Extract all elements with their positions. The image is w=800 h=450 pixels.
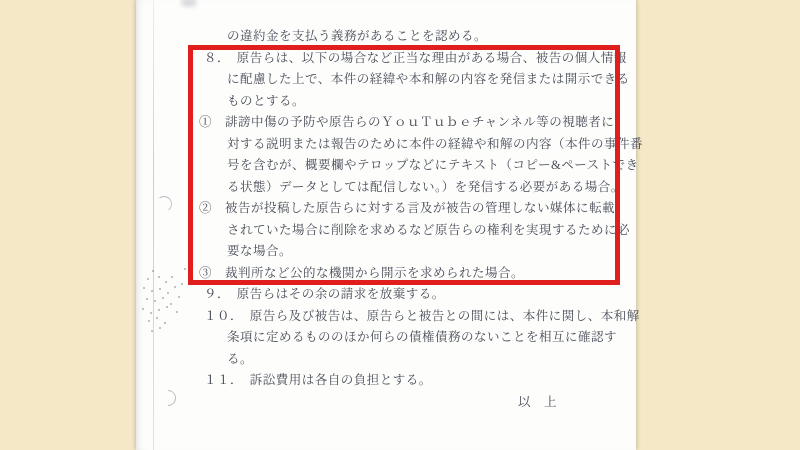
document-line: の違約金を支払う義務があることを認める。 [136, 26, 636, 48]
scanned-document-paper: の違約金を支払う義務があることを認める。 ８． 原告らは、以下の場合など正当な理… [136, 0, 636, 450]
document-line: されていた場合に削除を求めるなど原告らの権利を実現するために必 [136, 220, 636, 242]
document-line-item-1: ① 誹謗中傷の予防や原告らのＹｏｕＴｕｂｅチャンネル等の視聴者に [136, 112, 636, 134]
document-line-clause-8: ８． 原告らは、以下の場合など正当な理由がある場合、被告の個人情報 [136, 48, 636, 70]
document-line-item-2: ② 被告が投稿した原告らに対する言及が被告の管理しない媒体に転載 [136, 198, 636, 220]
document-line: 条項に定めるもののほか何らの債権債務のないことを相互に確認す [136, 327, 636, 349]
page-background: { "page": { "background_color": "#f5e8c7… [0, 0, 800, 450]
document-line-item-3: ③ 裁判所など公的な機関から開示を求められた場合。 [136, 263, 636, 285]
document-line-clause-10: １０． 原告ら及び被告は、原告らと被告との間には、本件に関し、本和解 [136, 306, 636, 328]
document-line: 号を含むが、概要欄やテロップなどにテキスト（コピー&ペーストでき [136, 155, 636, 177]
document-closing: 以 上 [136, 392, 636, 414]
document-line-clause-11: １１． 訴訟費用は各自の負担とする。 [136, 370, 636, 392]
document-line: ものとする。 [136, 91, 636, 113]
document-line: る状態）データとしては配信しない。）を発信する必要がある場合。 [136, 177, 636, 199]
document-text-block: の違約金を支払う義務があることを認める。 ８． 原告らは、以下の場合など正当な理… [136, 26, 636, 413]
document-line: に配慮した上で、本件の経緯や本和解の内容を発信または開示できる [136, 69, 636, 91]
document-line-clause-9: ９． 原告らはその余の請求を放棄する。 [136, 284, 636, 306]
document-line: 対する説明または報告のために本件の経緯や和解の内容（本件の事件番 [136, 134, 636, 156]
document-line: 要な場合。 [136, 241, 636, 263]
scan-smudge [181, 0, 197, 7]
document-line: る。 [136, 349, 636, 371]
